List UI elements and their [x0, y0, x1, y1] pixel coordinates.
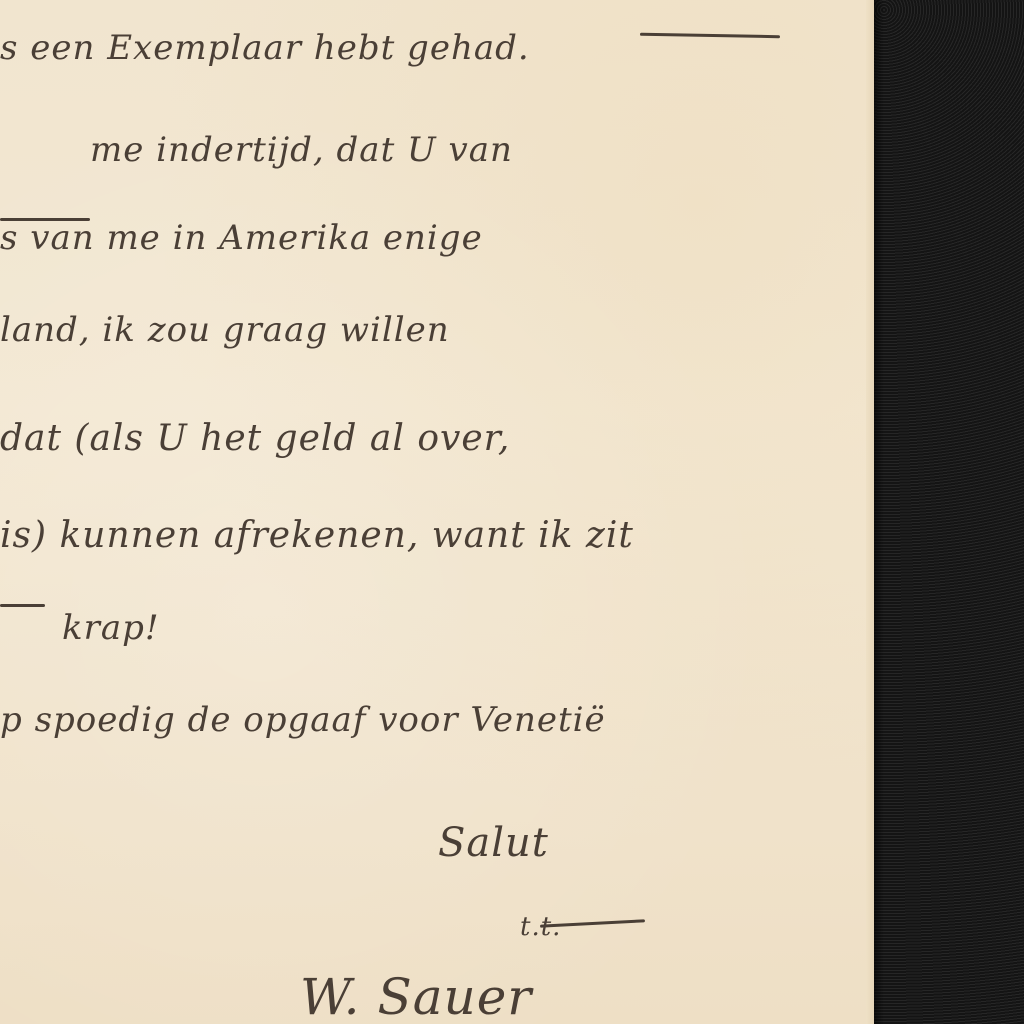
letter-line-7: krap! [62, 608, 160, 648]
letter-line-6: is) kunnen afrekenen, want ik zit [0, 515, 634, 556]
closing-salutation: Salut [438, 820, 549, 866]
underline-flourish-1 [640, 33, 780, 38]
letter-paper: s een Exemplaar hebt gehad. me indertijd… [0, 0, 874, 1024]
letter-line-4: land, ik zou graag willen [0, 310, 450, 350]
letter-line-8: p spoedig de opgaaf voor Venetië [0, 700, 606, 740]
letter-line-2: me indertijd, dat U van [90, 130, 513, 170]
letter-line-1: s een Exemplaar hebt gehad. [0, 28, 530, 68]
letter-line-5: dat (als U het geld al over, [0, 418, 510, 459]
signature: W. Sauer [300, 968, 532, 1024]
dark-backing-board [874, 0, 1024, 1024]
letter-line-3: s van me in Amerika enige [0, 218, 483, 258]
paper-shadow [874, 0, 884, 1024]
paper-edge [866, 0, 874, 1024]
dash-stroke-7 [0, 604, 45, 607]
